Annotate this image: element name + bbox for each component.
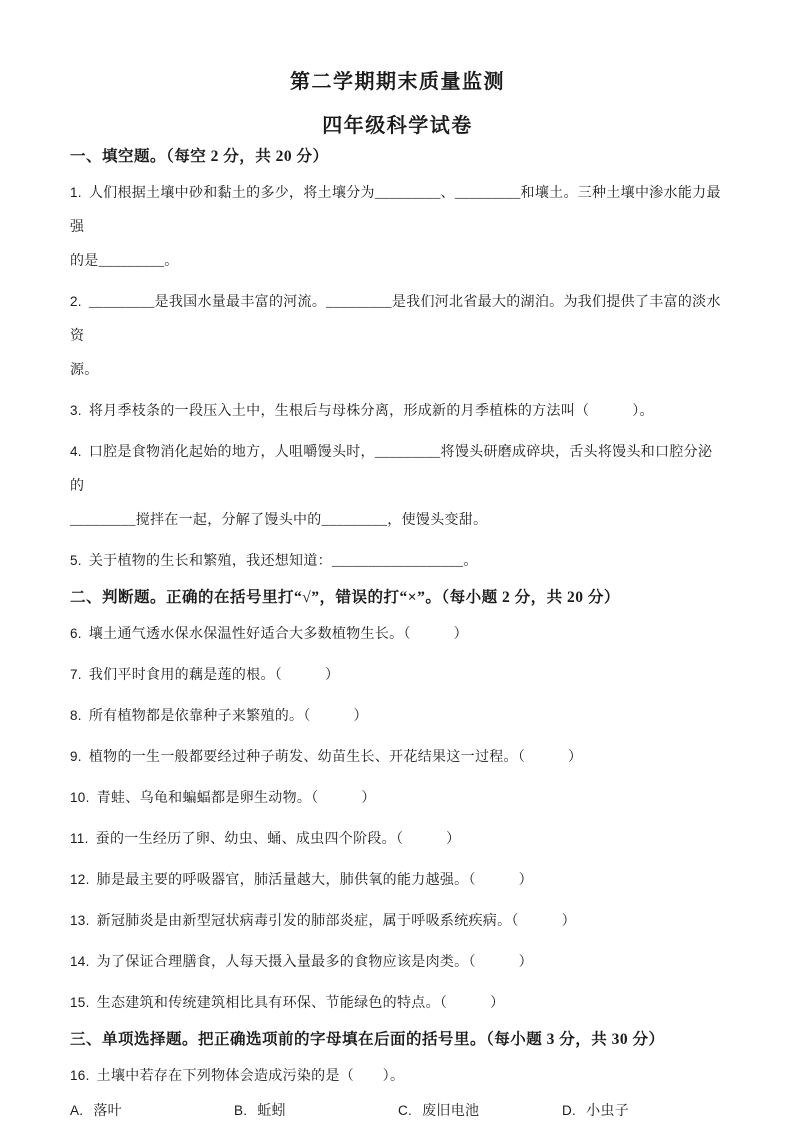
option-c-label: C. [398, 1103, 412, 1118]
exam-page: 第二学期期末质量监测 四年级科学试卷 一、填空题。（每空 2 分，共 20 分）… [0, 0, 793, 1122]
section-3-heading: 三、单项选择题。把正确选项前的字母填在后面的括号里。（每小题 3 分，共 30 … [70, 1027, 725, 1053]
option-a-text: 落叶 [93, 1104, 122, 1119]
question-12-number: 12. [70, 872, 90, 887]
question-8-number: 8. [70, 708, 82, 723]
question-5: 5.关于植物的生长和繁殖，我还想知道：__________________。 [70, 544, 725, 579]
question-3: 3.将月季枝条的一段压入土中，生根后与母株分离，形成新的月季植株的方法叫（ ）。 [70, 394, 725, 429]
question-8: 8.所有植物都是依靠种子来繁殖的。（ ） [70, 699, 725, 734]
question-2-continuation: 源。 [70, 354, 725, 388]
question-4: 4.口腔是食物消化起始的地方，人咀嚼馒头时，_________将馒头研磨成碎块，… [70, 435, 725, 538]
question-15-number: 15. [70, 995, 90, 1010]
question-7-text: 我们平时食用的藕是莲的根。（ ） [89, 668, 339, 683]
question-3-text: 将月季枝条的一段压入土中，生根后与母株分离，形成新的月季植株的方法叫（ ）。 [89, 404, 654, 419]
question-14: 14.为了保证合理膳食，人每天摄入量最多的食物应该是肉类。（ ） [70, 945, 725, 980]
question-13: 13.新冠肺炎是由新型冠状病毒引发的肺部炎症，属于呼吸系统疾病。（ ） [70, 904, 725, 939]
question-9-number: 9. [70, 749, 82, 764]
question-16-options: A.落叶 B.蚯蚓 C.废旧电池 D.小虫子 [70, 1094, 725, 1122]
question-14-text: 为了保证合理膳食，人每天摄入量最多的食物应该是肉类。（ ） [97, 955, 533, 970]
section-2-heading: 二、判断题。正确的在括号里打“√”，错误的打“×”。（每小题 2 分，共 20 … [70, 585, 725, 611]
exam-subtitle: 四年级科学试卷 [70, 112, 725, 140]
option-d: D.小虫子 [562, 1094, 629, 1122]
question-1: 1.人们根据土壤中砂和黏土的多少，将土壤分为_________、________… [70, 176, 725, 279]
option-c: C.废旧电池 [398, 1094, 562, 1122]
option-d-text: 小虫子 [586, 1104, 629, 1119]
section-1-heading: 一、填空题。（每空 2 分，共 20 分） [70, 144, 725, 170]
question-16-number: 16. [70, 1068, 90, 1083]
question-9: 9.植物的一生一般都要经过种子萌发、幼苗生长、开花结果这一过程。（ ） [70, 740, 725, 775]
question-1-number: 1. [70, 185, 82, 200]
question-3-number: 3. [70, 403, 82, 418]
option-a: A.落叶 [70, 1094, 234, 1122]
question-7: 7.我们平时食用的藕是莲的根。（ ） [70, 658, 725, 693]
question-2: 2._________是我国水量最丰富的河流。_________是我们河北省最大… [70, 285, 725, 388]
question-2-text: _________是我国水量最丰富的河流。_________是我们河北省最大的湖… [70, 295, 721, 344]
question-14-number: 14. [70, 954, 90, 969]
exam-title: 第二学期期末质量监测 [70, 68, 725, 96]
question-4-text: 口腔是食物消化起始的地方，人咀嚼馒头时，_________将馒头研磨成碎块，舌头… [70, 445, 712, 494]
option-c-text: 废旧电池 [422, 1104, 479, 1119]
question-4-continuation: _________搅拌在一起，分解了馒头中的_________，使馒头变甜。 [70, 504, 725, 538]
question-2-number: 2. [70, 294, 82, 309]
question-10: 10.青蛙、乌龟和蝙蝠都是卵生动物。（ ） [70, 781, 725, 816]
question-16-text: 土壤中若存在下列物体会造成污染的是（ ）。 [97, 1069, 405, 1084]
question-9-text: 植物的一生一般都要经过种子萌发、幼苗生长、开花结果这一过程。（ ） [89, 750, 583, 765]
option-b-label: B. [234, 1103, 247, 1118]
question-11: 11.蚕的一生经历了卵、幼虫、蛹、成虫四个阶段。（ ） [70, 822, 725, 857]
question-15: 15.生态建筑和传统建筑相比具有环保、节能绿色的特点。（ ） [70, 986, 725, 1021]
question-8-text: 所有植物都是依靠种子来繁殖的。（ ） [89, 709, 368, 724]
question-1-text: 人们根据土壤中砂和黏土的多少，将土壤分为_________、_________和… [70, 186, 721, 235]
option-b-text: 蚯蚓 [257, 1104, 286, 1119]
question-13-number: 13. [70, 913, 90, 928]
question-5-text: 关于植物的生长和繁殖，我还想知道：__________________。 [89, 554, 478, 569]
question-13-text: 新冠肺炎是由新型冠状病毒引发的肺部炎症，属于呼吸系统疾病。（ ） [97, 914, 576, 929]
question-1-continuation: 的是_________。 [70, 245, 725, 279]
question-16: 16.土壤中若存在下列物体会造成污染的是（ ）。 A.落叶 B.蚯蚓 C.废旧电… [70, 1059, 725, 1122]
option-b: B.蚯蚓 [234, 1094, 398, 1122]
question-10-number: 10. [70, 790, 90, 805]
option-d-label: D. [562, 1103, 576, 1118]
option-a-label: A. [70, 1103, 83, 1118]
question-4-number: 4. [70, 444, 82, 459]
question-6-number: 6. [70, 626, 82, 641]
question-6: 6.壤土通气透水保水保温性好适合大多数植物生长。（ ） [70, 617, 725, 652]
question-6-text: 壤土通气透水保水保温性好适合大多数植物生长。（ ） [89, 627, 468, 642]
question-11-number: 11. [70, 831, 89, 846]
question-12-text: 肺是最主要的呼吸器官，肺活量越大，肺供氧的能力越强。（ ） [97, 873, 533, 888]
question-5-number: 5. [70, 553, 82, 568]
question-15-text: 生态建筑和传统建筑相比具有环保、节能绿色的特点。（ ） [97, 996, 505, 1011]
question-10-text: 青蛙、乌龟和蝙蝠都是卵生动物。（ ） [97, 791, 376, 806]
question-11-text: 蚕的一生经历了卵、幼虫、蛹、成虫四个阶段。（ ） [96, 832, 461, 847]
question-7-number: 7. [70, 667, 82, 682]
question-12: 12.肺是最主要的呼吸器官，肺活量越大，肺供氧的能力越强。（ ） [70, 863, 725, 898]
